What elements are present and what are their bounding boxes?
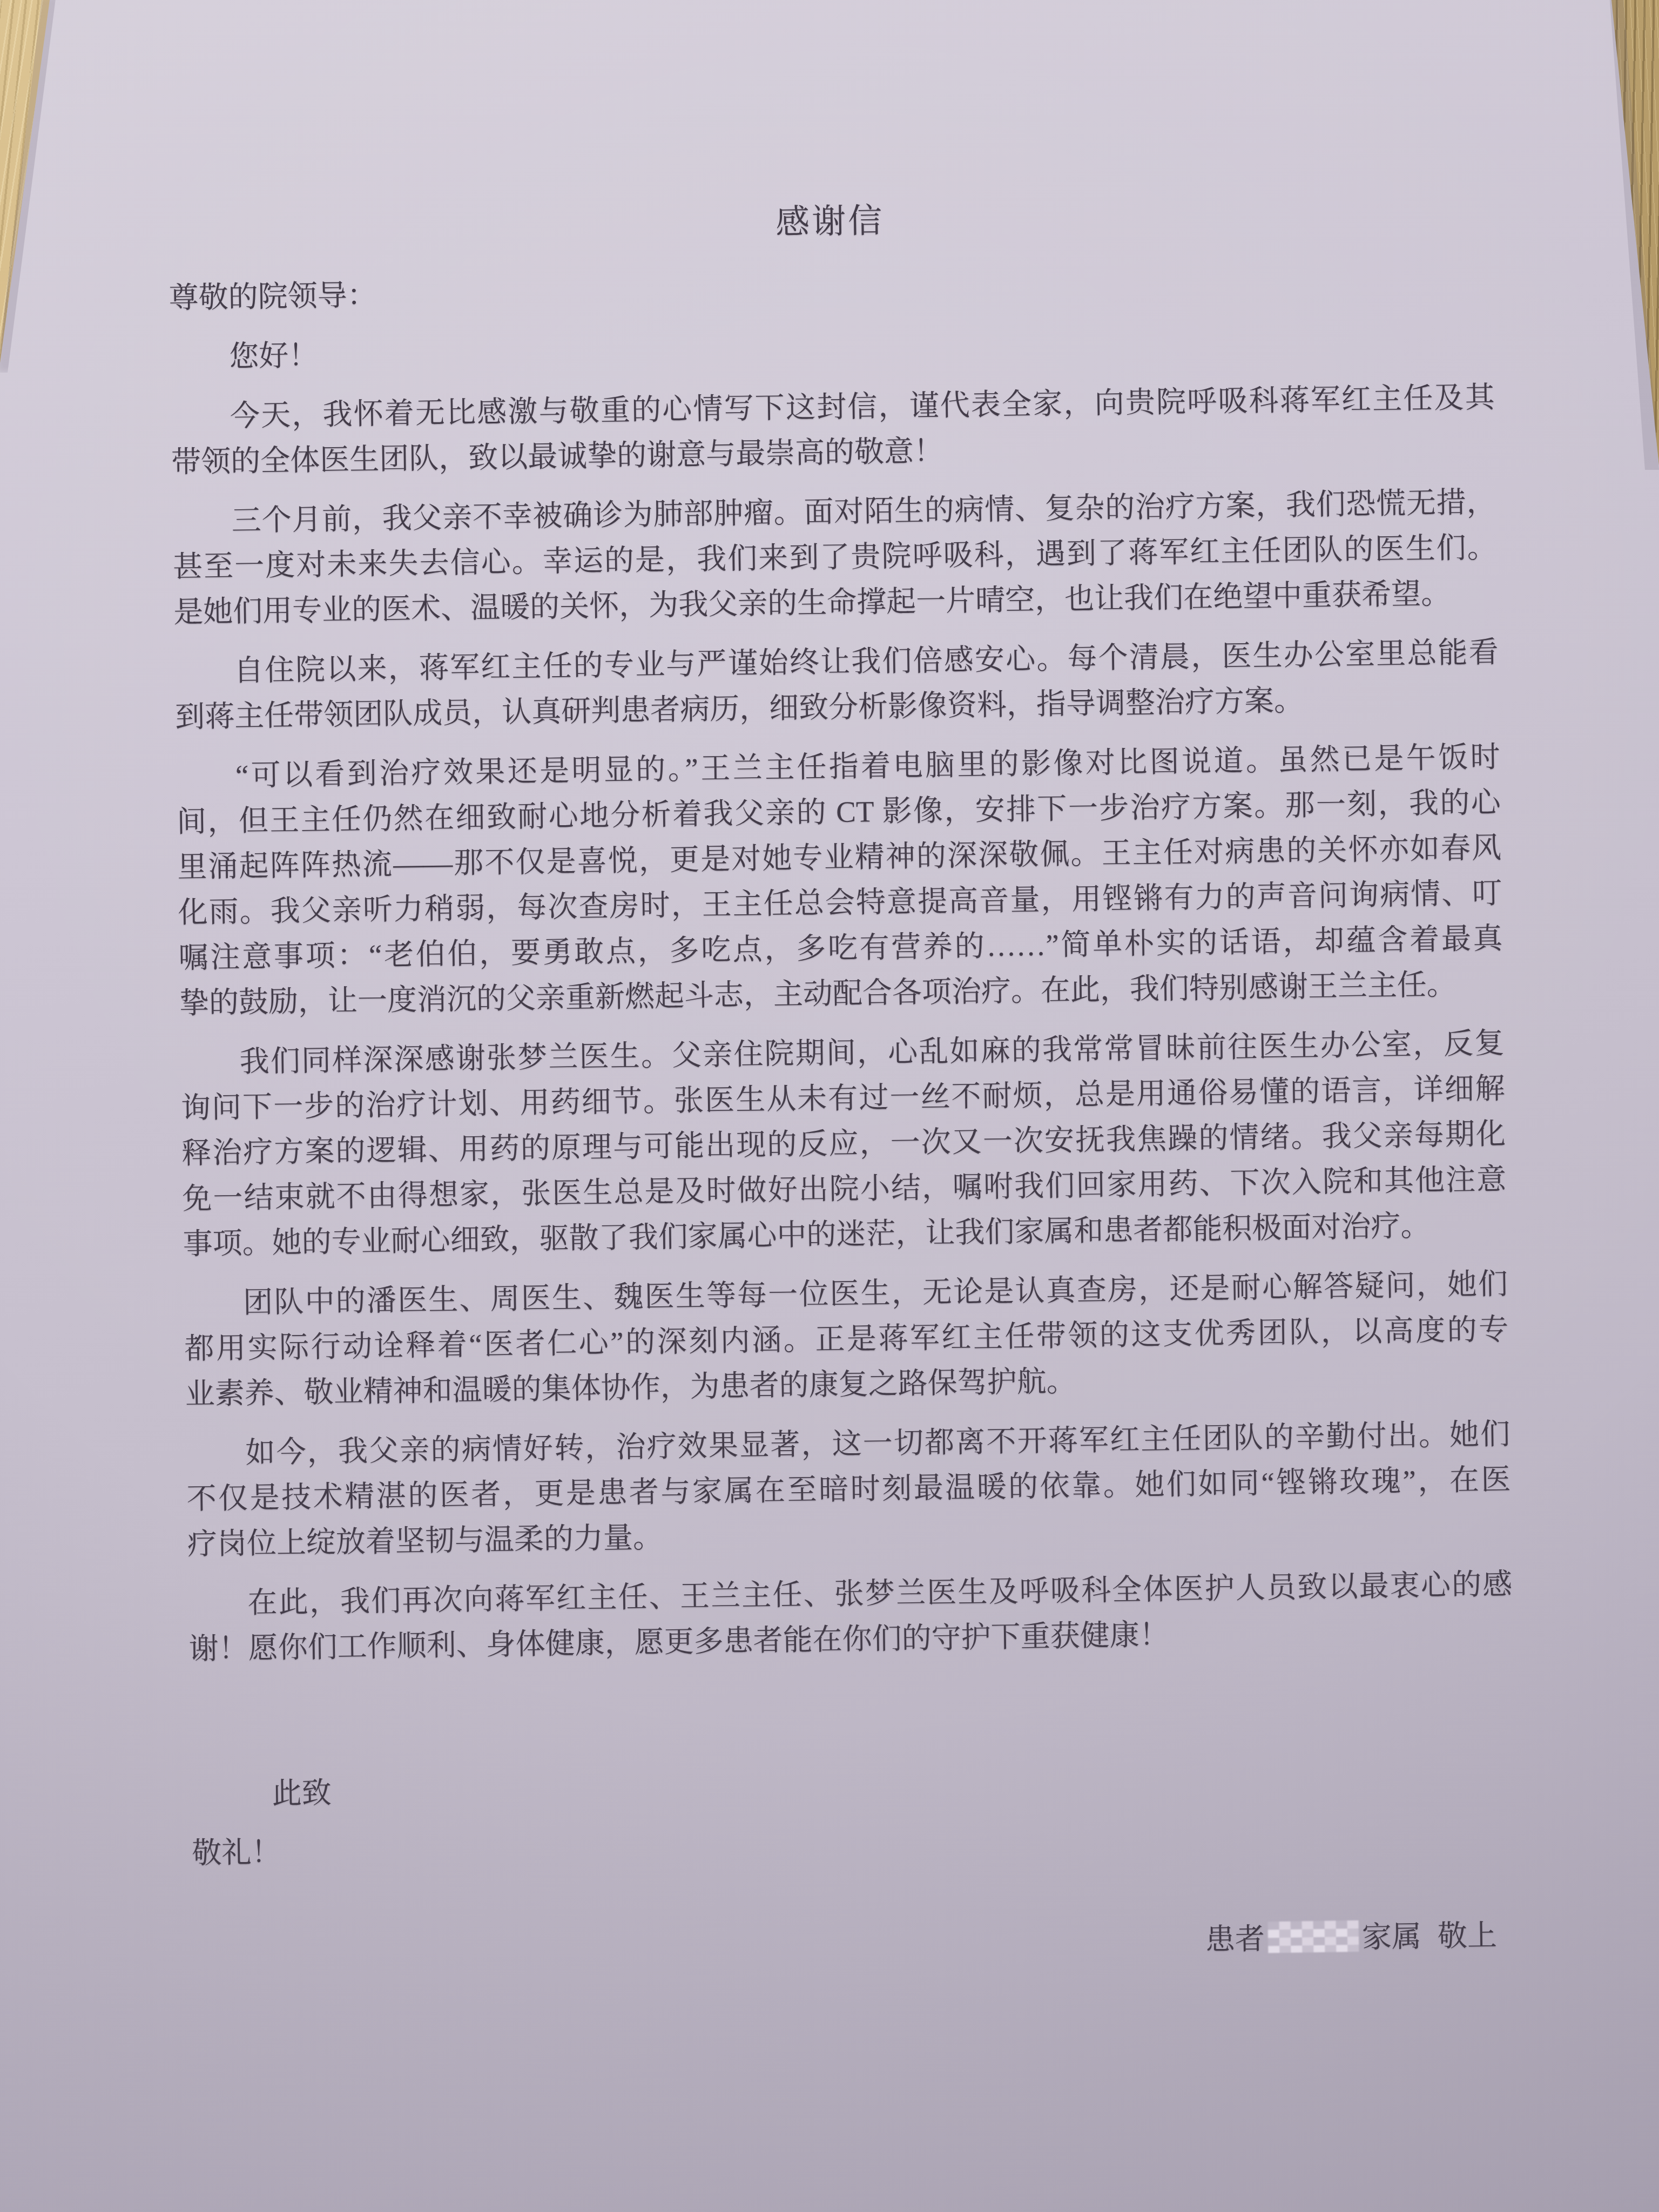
signature-suffix: 敬上 bbox=[1438, 1919, 1498, 1953]
signature-prefix: 患者 bbox=[1205, 1923, 1265, 1957]
paragraph: 自住院以来，蒋军红主任的专业与严谨始终让我们倍感安心。每个清晨，医生办公室里总能… bbox=[174, 630, 1499, 740]
redacted-name-mosaic bbox=[1268, 1920, 1359, 1953]
closing-salute: 敬礼！ bbox=[192, 1811, 1516, 1876]
paragraphs-container: 今天，我怀着无比感激与敬重的心情写下这封信，谨代表全家，向贵院呼吸科蒋军红主任及… bbox=[170, 375, 1513, 1672]
letter-body: 感谢信 尊敬的院领导： 您好！ 今天，我怀着无比感激与敬重的心情写下这封信，谨代… bbox=[167, 189, 1518, 1978]
signature-middle: 家属 bbox=[1362, 1920, 1422, 1954]
greeting-line: 您好！ bbox=[170, 315, 1494, 380]
paragraph: “可以看到治疗效果还是明显的。”王兰主任指着电脑里的影像对比图说道。虽然已是午饭… bbox=[176, 734, 1503, 1026]
paragraph: 在此，我们再次向蒋军红主任、王兰主任、张梦兰医生及呼吸科全体医护人员致以最衷心的… bbox=[188, 1562, 1513, 1672]
paragraph: 我们同样深深感谢张梦兰医生。父亲住院期间，心乱如麻的我常常冒昧前往医生办公室，反… bbox=[180, 1021, 1507, 1267]
photo-of-letter: 感谢信 尊敬的院领导： 您好！ 今天，我怀着无比感激与敬重的心情写下这封信，谨代… bbox=[0, 0, 1659, 2212]
paragraph: 三个月前，我父亲不幸被确诊为肺部肿瘤。面对陌生的病情、复杂的治疗方案，我们恐慌无… bbox=[172, 480, 1498, 635]
paragraph: 今天，我怀着无比感激与敬重的心情写下这封信，谨代表全家，向贵院呼吸科蒋军红主任及… bbox=[170, 375, 1495, 485]
closing-respectfully: 此致 bbox=[191, 1753, 1515, 1818]
paragraph: 团队中的潘医生、周医生、魏医生等每一位医生，无论是认真查房，还是耐心解答疑问，她… bbox=[184, 1262, 1509, 1417]
paragraph: 如今，我父亲的病情好转，治疗效果显著，这一切都离不开蒋军红主任团队的辛勤付出。她… bbox=[186, 1412, 1512, 1567]
salutation: 尊敬的院领导： bbox=[168, 256, 1493, 321]
